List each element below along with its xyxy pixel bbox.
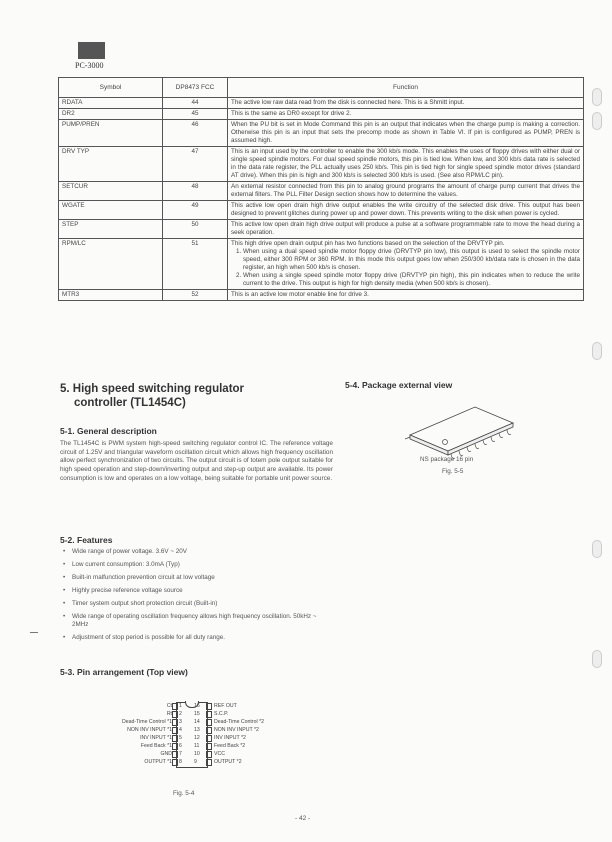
package-caption: NS package 16 pin [420, 456, 473, 463]
feature-item: Wide range of operating oscillation freq… [62, 613, 332, 629]
pin-function-text: This is an active low motor enable line … [231, 291, 580, 299]
pin-number: 51 [163, 239, 228, 290]
pin-label: S.C.P. [214, 711, 228, 718]
pin-number: 11 [194, 743, 199, 750]
header-pin: DP8473 FCC [163, 78, 228, 98]
pin-number: 12 [194, 735, 200, 742]
page-number: - 42 - [295, 815, 310, 822]
table-header-row: Symbol DP8473 FCC Function [59, 78, 584, 98]
pin-label: Dead-Time Control *2 [214, 719, 264, 726]
binder-hole-mark [592, 540, 602, 558]
pin-function-text: This is the same as DR0 except for drive… [231, 110, 580, 118]
pin-number: 16 [194, 703, 200, 710]
table-row: PUMP/PREN46When the PU bit is set in Mod… [59, 120, 584, 147]
pin-function-text: This high drive open drain output pin ha… [231, 240, 580, 248]
package-illustration [405, 405, 515, 460]
pin-label: VCC [214, 751, 225, 758]
pin-row-right: 9OUTPUT *2 [90, 759, 290, 766]
pin-row-right: 12INV INPUT *2 [90, 735, 290, 742]
pin-number: 50 [163, 220, 228, 239]
pin-row-right: 14Dead-Time Control *2 [90, 719, 290, 726]
binder-hole-mark [592, 342, 602, 360]
pin-terminal [206, 711, 212, 718]
pin-function: This high drive open drain output pin ha… [228, 239, 584, 290]
pin-arrangement-heading: 5-3. Pin arrangement (Top view) [60, 667, 188, 677]
table-row: WGATE49This active low open drain high d… [59, 201, 584, 220]
pin-function-text: This active low open drain high drive ou… [231, 202, 580, 218]
pin-function-text: The active low raw data read from the di… [231, 99, 580, 107]
feature-item: Timer system output short protection cir… [62, 600, 332, 608]
pin-label: Feed Back *2 [214, 743, 245, 750]
pin-number: 13 [194, 727, 200, 734]
features-list: Wide range of power voltage. 3.6V ~ 20VL… [62, 548, 332, 647]
pin-function: An external resistor connected from this… [228, 182, 584, 201]
pin-number: 10 [194, 751, 200, 758]
pin-row-right: 10VCC [90, 751, 290, 758]
general-description-text: The TL1454C is PWM system high-speed swi… [60, 440, 333, 484]
table-row: RPM/LC51This high drive open drain outpu… [59, 239, 584, 290]
pin-function-text: This is an input used by the controller … [231, 148, 580, 180]
pin-label: NON INV INPUT *2 [214, 727, 259, 734]
logo-block [78, 42, 105, 59]
pin-function: This is an active low motor enable line … [228, 290, 584, 301]
pin-row-right: 13NON INV INPUT *2 [90, 727, 290, 734]
features-heading: 5-2. Features [60, 535, 112, 545]
pin-terminal [206, 735, 212, 742]
pin-symbol: RPM/LC [59, 239, 163, 290]
pin-number: 48 [163, 182, 228, 201]
pin-number: 15 [194, 711, 200, 718]
binder-hole-mark [592, 112, 602, 130]
section-title-line1: 5. High speed switching regulator [60, 382, 244, 396]
pin-number: 47 [163, 147, 228, 182]
pin-function: This is the same as DR0 except for drive… [228, 109, 584, 120]
header-symbol: Symbol [59, 78, 163, 98]
margin-mark [30, 632, 38, 633]
pin-terminal [206, 727, 212, 734]
section-title: 5. High speed switching regulator contro… [60, 382, 244, 410]
pin-function-text: When the PU bit is set in Mode Command t… [231, 121, 580, 145]
pin-row-right: 16REF OUT [90, 703, 290, 710]
pin-label: INV INPUT *2 [214, 735, 246, 742]
figure-5-4-caption: Fig. 5-4 [173, 790, 194, 797]
pin-terminal [206, 751, 212, 758]
package-heading: 5-4. Package external view [345, 380, 452, 390]
feature-item: Built-in malfunction prevention circuit … [62, 574, 332, 582]
pin-symbol: DRV TYP [59, 147, 163, 182]
pin-number: 49 [163, 201, 228, 220]
pin-function: This active low open drain high drive ou… [228, 201, 584, 220]
pin-symbol: PUMP/PREN [59, 120, 163, 147]
pin-terminal [206, 743, 212, 750]
general-description-heading: 5-1. General description [60, 426, 157, 436]
binder-hole-mark [592, 88, 602, 106]
pin-terminal [206, 703, 212, 710]
pin-symbol: RDATA [59, 98, 163, 109]
pin-number: 52 [163, 290, 228, 301]
pin-function: The active low raw data read from the di… [228, 98, 584, 109]
binder-hole-mark [592, 650, 602, 668]
feature-item: Adjustment of stop period is possible fo… [62, 634, 332, 642]
pin-number: 46 [163, 120, 228, 147]
header-function: Function [228, 78, 584, 98]
table-row: DRV TYP47This is an input used by the co… [59, 147, 584, 182]
pin-row-right: 11Feed Back *2 [90, 743, 290, 750]
table-row: DR245This is the same as DR0 except for … [59, 109, 584, 120]
section-title-line2: controller (TL1454C) [60, 396, 244, 410]
pin-function-text: This active low open drain high drive ou… [231, 221, 580, 237]
feature-item: Highly precise reference voltage source [62, 587, 332, 595]
pin-symbol: DR2 [59, 109, 163, 120]
figure-5-5-caption: Fig. 5-5 [442, 468, 463, 475]
pin-number: 9 [194, 759, 197, 766]
logo-text: PC-3000 [75, 61, 103, 70]
pin-label: OUTPUT *2 [214, 759, 242, 766]
pin-symbol: SETCUR [59, 182, 163, 201]
feature-item: Low current consumption: 3.0mA (Typ) [62, 561, 332, 569]
table-row: RDATA44The active low raw data read from… [59, 98, 584, 109]
pin-terminal [206, 719, 212, 726]
pin-function: This is an input used by the controller … [228, 147, 584, 182]
pin-symbol: MTR3 [59, 290, 163, 301]
pin-row-right: 15S.C.P. [90, 711, 290, 718]
table-row: STEP50This active low open drain high dr… [59, 220, 584, 239]
table-row: SETCUR48An external resistor connected f… [59, 182, 584, 201]
table-row: MTR352This is an active low motor enable… [59, 290, 584, 301]
pin-function-table: Symbol DP8473 FCC Function RDATA44The ac… [58, 77, 584, 301]
pin-function: This active low open drain high drive ou… [228, 220, 584, 239]
pin-number: 14 [194, 719, 200, 726]
pin-label: REF OUT [214, 703, 237, 710]
feature-item: Wide range of power voltage. 3.6V ~ 20V [62, 548, 332, 556]
pin-number: 44 [163, 98, 228, 109]
pin-function-list: When using a dual speed spindle motor fl… [231, 248, 580, 288]
pin-function-list-item: When using a single speed spindle motor … [243, 272, 580, 288]
pin-arrangement-diagram: Ct1Rt2Dead-Time Control *13NON INV INPUT… [90, 700, 290, 770]
pin-symbol: WGATE [59, 201, 163, 220]
pin-terminal [206, 759, 212, 766]
pin-number: 45 [163, 109, 228, 120]
pin-function-text: An external resistor connected from this… [231, 183, 580, 199]
pin-function: When the PU bit is set in Mode Command t… [228, 120, 584, 147]
pin-function-list-item: When using a dual speed spindle motor fl… [243, 248, 580, 272]
pin-symbol: STEP [59, 220, 163, 239]
